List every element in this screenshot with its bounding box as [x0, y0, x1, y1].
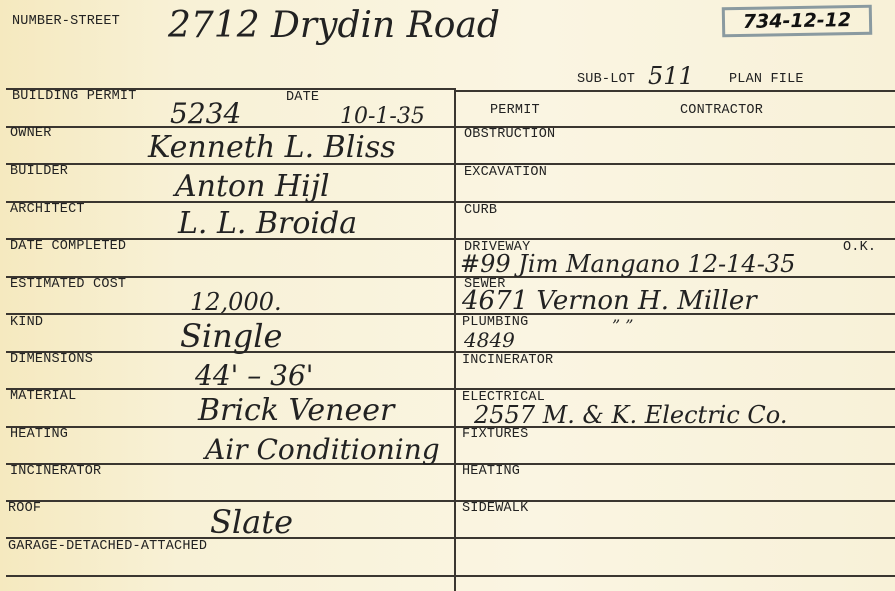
driveway-value: #99 Jim Mangano 12-14-35	[460, 252, 795, 276]
architect-value: L. L. Broida	[178, 209, 357, 239]
material-label: MATERIAL	[10, 390, 76, 404]
owner-value: Kenneth L. Bliss	[148, 133, 396, 163]
divider	[6, 163, 895, 165]
divider	[6, 313, 895, 315]
heating-value: Air Conditioning	[205, 436, 440, 464]
builder-label: BUILDER	[10, 165, 68, 179]
material-value: Brick Veneer	[198, 396, 394, 426]
kind-label: KIND	[10, 316, 43, 330]
dimensions-value: 44' – 36'	[195, 362, 313, 390]
plumbing-value: 4849	[464, 330, 515, 350]
heating-permit-label: HEATING	[462, 465, 520, 479]
excavation-label: EXCAVATION	[464, 166, 547, 180]
fixtures-label: FIXTURES	[462, 428, 528, 442]
garage-label: GARAGE-DETACHED-ATTACHED	[8, 540, 207, 554]
divider	[6, 126, 895, 128]
owner-label: OWNER	[10, 127, 52, 141]
divider	[6, 351, 895, 353]
sewer-value: 4671 Vernon H. Miller	[462, 288, 757, 314]
sub-lot-label: SUB-LOT	[577, 73, 635, 87]
sidewalk-label: SIDEWALK	[462, 502, 528, 516]
incinerator-permit-label: INCINERATOR	[462, 354, 553, 368]
contractor-header: CONTRACTOR	[680, 104, 763, 118]
sub-lot-value: 511	[648, 64, 694, 88]
divider	[6, 238, 895, 240]
divider	[6, 575, 895, 577]
file-number-stamp: 734-12-12	[722, 5, 873, 38]
divider	[6, 388, 895, 390]
date-label: DATE	[286, 91, 319, 105]
date-completed-label: DATE COMPLETED	[10, 240, 126, 254]
kind-value: Single	[180, 320, 282, 352]
estimated-cost-value: 12,000.	[190, 290, 282, 314]
dimensions-label: DIMENSIONS	[10, 353, 93, 367]
building-permit-value: 5234	[170, 100, 241, 128]
obstruction-label: OBSTRUCTION	[464, 128, 555, 142]
ok-label: O.K.	[843, 241, 876, 255]
permit-card: NUMBER-STREET 2712 Drydin Road 734-12-12…	[0, 0, 895, 591]
electrical-value: 2557 M. & K. Electric Co.	[474, 403, 787, 427]
plan-file-label: PLAN FILE	[729, 73, 804, 87]
number-street-label: NUMBER-STREET	[12, 15, 120, 29]
incinerator-label: INCINERATOR	[10, 465, 101, 479]
roof-value: Slate	[210, 506, 293, 538]
roof-label: ROOF	[8, 502, 41, 516]
building-permit-label: BUILDING PERMIT	[12, 90, 137, 104]
architect-label: ARCHITECT	[10, 203, 85, 217]
builder-value: Anton Hijl	[175, 172, 330, 202]
divider	[6, 463, 895, 465]
estimated-cost-label: ESTIMATED COST	[10, 278, 126, 292]
divider	[454, 90, 895, 92]
plumbing-ditto-marks: ” ”	[612, 318, 633, 334]
heating-label: HEATING	[10, 428, 68, 442]
curb-label: CURB	[464, 204, 497, 218]
number-street-value: 2712 Drydin Road	[168, 8, 500, 44]
permit-header: PERMIT	[490, 104, 540, 118]
divider	[6, 500, 895, 502]
permit-date-value: 10-1-35	[340, 106, 425, 128]
divider	[6, 201, 895, 203]
